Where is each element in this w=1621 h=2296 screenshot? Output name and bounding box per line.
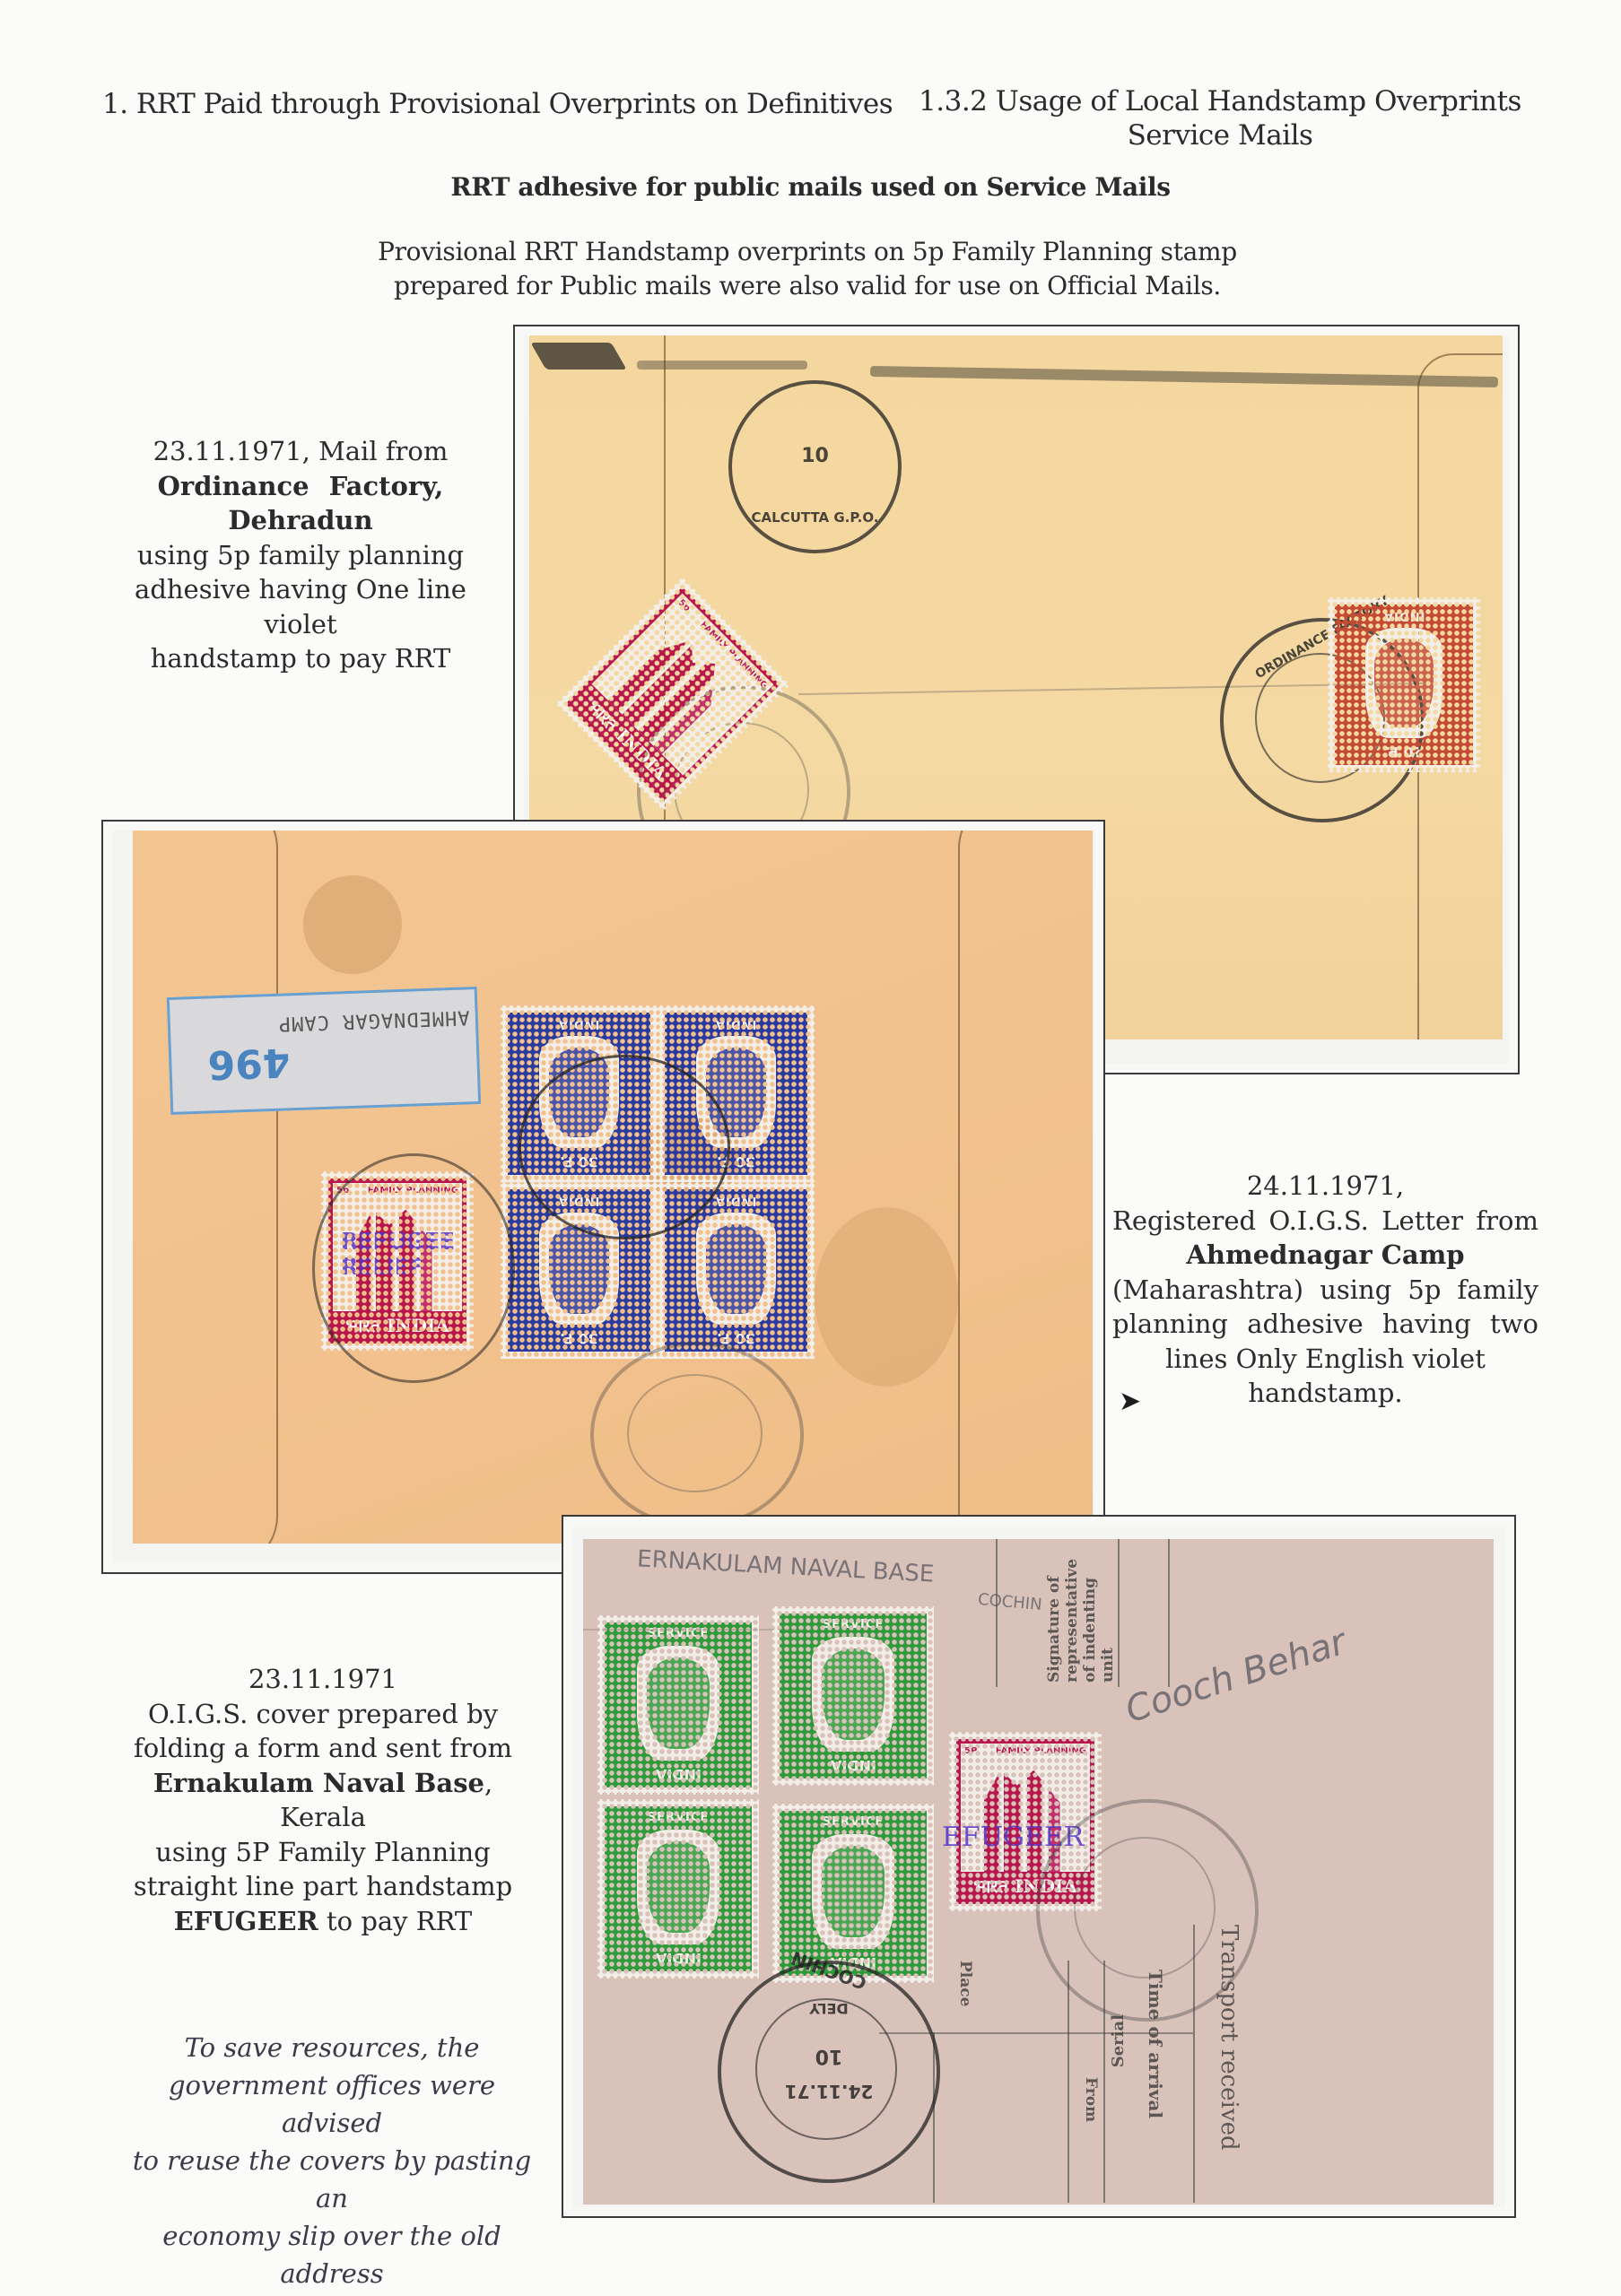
- caption-origin: Ahmednagar Camp: [1112, 1238, 1538, 1273]
- section-title: 1. RRT Paid through Provisional Overprin…: [102, 88, 893, 120]
- caption-overprint-name: EFUGEER: [174, 1906, 318, 1936]
- cover-2-caption: 24.11.1971, Registered O.I.G.S. Letter f…: [1112, 1169, 1538, 1411]
- stamp-label: SERVICE: [648, 1627, 710, 1640]
- caption-line: handstamp to pay RRT: [94, 641, 507, 676]
- cover-1-caption: 23.11.1971, Mail from Ordinance Factory,…: [94, 434, 507, 676]
- caption-line: lines Only English violet: [1112, 1342, 1538, 1377]
- stamp-service-5p: SERVICEINDIA: [597, 1799, 759, 1979]
- postmark-date: 10: [732, 445, 898, 467]
- caption-line: using 5P Family Planning: [126, 1835, 520, 1870]
- stamp-block-service-5p: SERVICEINDIA SERVICEINDIA SERVICEINDIA S…: [597, 1606, 934, 1983]
- caption-line: adhesive having One line violet: [94, 572, 507, 641]
- stamp-label: FAMILY PLANNING: [996, 1746, 1086, 1756]
- cover-3-folded-form: ERNAKULAM NAVAL BASE COCHIN Cooch Behar …: [583, 1539, 1494, 2205]
- postmark-calcutta: 10 CALCUTTA G.P.O.: [728, 380, 902, 553]
- stamp-service-5p: SERVICEINDIA: [597, 1615, 759, 1795]
- arrowhead-left-icon: ➤: [1119, 1386, 1141, 1417]
- postmark-faint: [590, 1342, 804, 1528]
- caption-line: Registered O.I.G.S. Letter from: [1112, 1204, 1538, 1239]
- page-subtitle: RRT adhesive for public mails used on Se…: [0, 172, 1621, 202]
- stamp-value: 5p: [676, 598, 693, 614]
- stamp-country: INDIA: [715, 1194, 756, 1207]
- stamp-country: INDIA: [831, 1757, 876, 1774]
- stamp-service-20p: INDIA 20 P.: [1328, 597, 1480, 772]
- intro-text: Provisional RRT Handstamp overprints on …: [314, 235, 1301, 303]
- postmark-cochin: DELY 10 24.11.71 COCHIN: [718, 1961, 940, 2183]
- stamp-value: 30 P.: [560, 1330, 598, 1347]
- caption-date: 24.11.1971,: [1112, 1169, 1538, 1204]
- reuse-note: To save resources, the government office…: [126, 2029, 538, 2292]
- stamp-country: INDIA: [715, 1017, 756, 1031]
- registration-number: 496: [207, 1039, 292, 1087]
- subsection-line-1: 1.3.2 Usage of Local Handstamp Overprint…: [906, 84, 1534, 118]
- stamp-label: SERVICE: [823, 1618, 885, 1631]
- manuscript-sender: ERNAKULAM NAVAL BASE: [636, 1545, 935, 1587]
- stamp-country: INDIA: [1383, 609, 1425, 622]
- form-label: Serial: [1109, 2014, 1128, 2067]
- caption-line: folding a form and sent from: [126, 1731, 520, 1766]
- postmark-text: CALCUTTA G.P.O.: [732, 509, 898, 526]
- stamp-country: INDIA: [656, 1950, 702, 1967]
- caption-line: (Maharashtra) using 5p family: [1112, 1273, 1538, 1308]
- stamp-label: SERVICE: [648, 1811, 710, 1824]
- registration-label: 496 AHMEDNAGAR CAMP: [167, 987, 481, 1115]
- caption-line: straight line part handstamp: [126, 1869, 520, 1904]
- cover-3-caption: 23.11.1971 O.I.G.S. cover prepared by fo…: [126, 1662, 520, 1938]
- form-label: From: [1082, 2077, 1100, 2122]
- stamp-value: 20 P.: [1385, 744, 1424, 761]
- stamp-country: INDIA: [558, 1017, 599, 1031]
- caption-line: using 5p family planning: [94, 538, 507, 573]
- caption-date: 23.11.1971, Mail from: [94, 434, 507, 469]
- cover-2-envelope: 496 AHMEDNAGAR CAMP 5pFAMILY PLANNING भा…: [133, 831, 1093, 1544]
- stamp-value: 5P.: [964, 1746, 979, 1756]
- stamp-country: INDIA: [656, 1766, 702, 1783]
- postmark-faint: [1036, 1799, 1259, 2022]
- caption-line: planning adhesive having two: [1112, 1307, 1538, 1342]
- stamp-label: SERVICE: [823, 1815, 885, 1829]
- postmark-time: 10: [721, 2045, 937, 2067]
- manuscript-destination: Cooch Behar: [1120, 1622, 1351, 1732]
- note-line: to reuse the covers by pasting an: [126, 2142, 538, 2217]
- stamp-service-5p: SERVICEINDIA: [772, 1606, 934, 1786]
- caption-origin: Ernakulam Naval Base: [153, 1768, 484, 1798]
- manuscript-city: COCHIN: [977, 1590, 1042, 1614]
- note-line: economy slip over the old address: [126, 2217, 538, 2292]
- caption-line: handstamp.: [1112, 1376, 1538, 1411]
- intro-line-1: Provisional RRT Handstamp overprints on …: [314, 235, 1301, 269]
- caption-date: 23.11.1971: [126, 1662, 520, 1697]
- intro-line-2: prepared for Public mails were also vali…: [314, 269, 1301, 303]
- registration-office: AHMEDNAGAR CAMP: [277, 1005, 469, 1034]
- note-line: government offices were advised: [126, 2066, 538, 2142]
- caption-line: to pay RRT: [318, 1906, 473, 1936]
- postmark-registered: [519, 1055, 730, 1239]
- caption-origin: Ordinance Factory, Dehradun: [94, 469, 507, 538]
- form-label: Signature of representative of indenting…: [1045, 1539, 1117, 1683]
- note-line: To save resources, the: [126, 2029, 538, 2066]
- postmark-date: 24.11.71: [721, 2081, 937, 2102]
- form-label: Place: [956, 1961, 974, 2006]
- subsection-title: 1.3.2 Usage of Local Handstamp Overprint…: [906, 84, 1534, 152]
- postmark-ahmednagar: [312, 1153, 515, 1383]
- caption-line: O.I.G.S. cover prepared by: [126, 1697, 520, 1732]
- subsection-line-2: Service Mails: [906, 118, 1534, 152]
